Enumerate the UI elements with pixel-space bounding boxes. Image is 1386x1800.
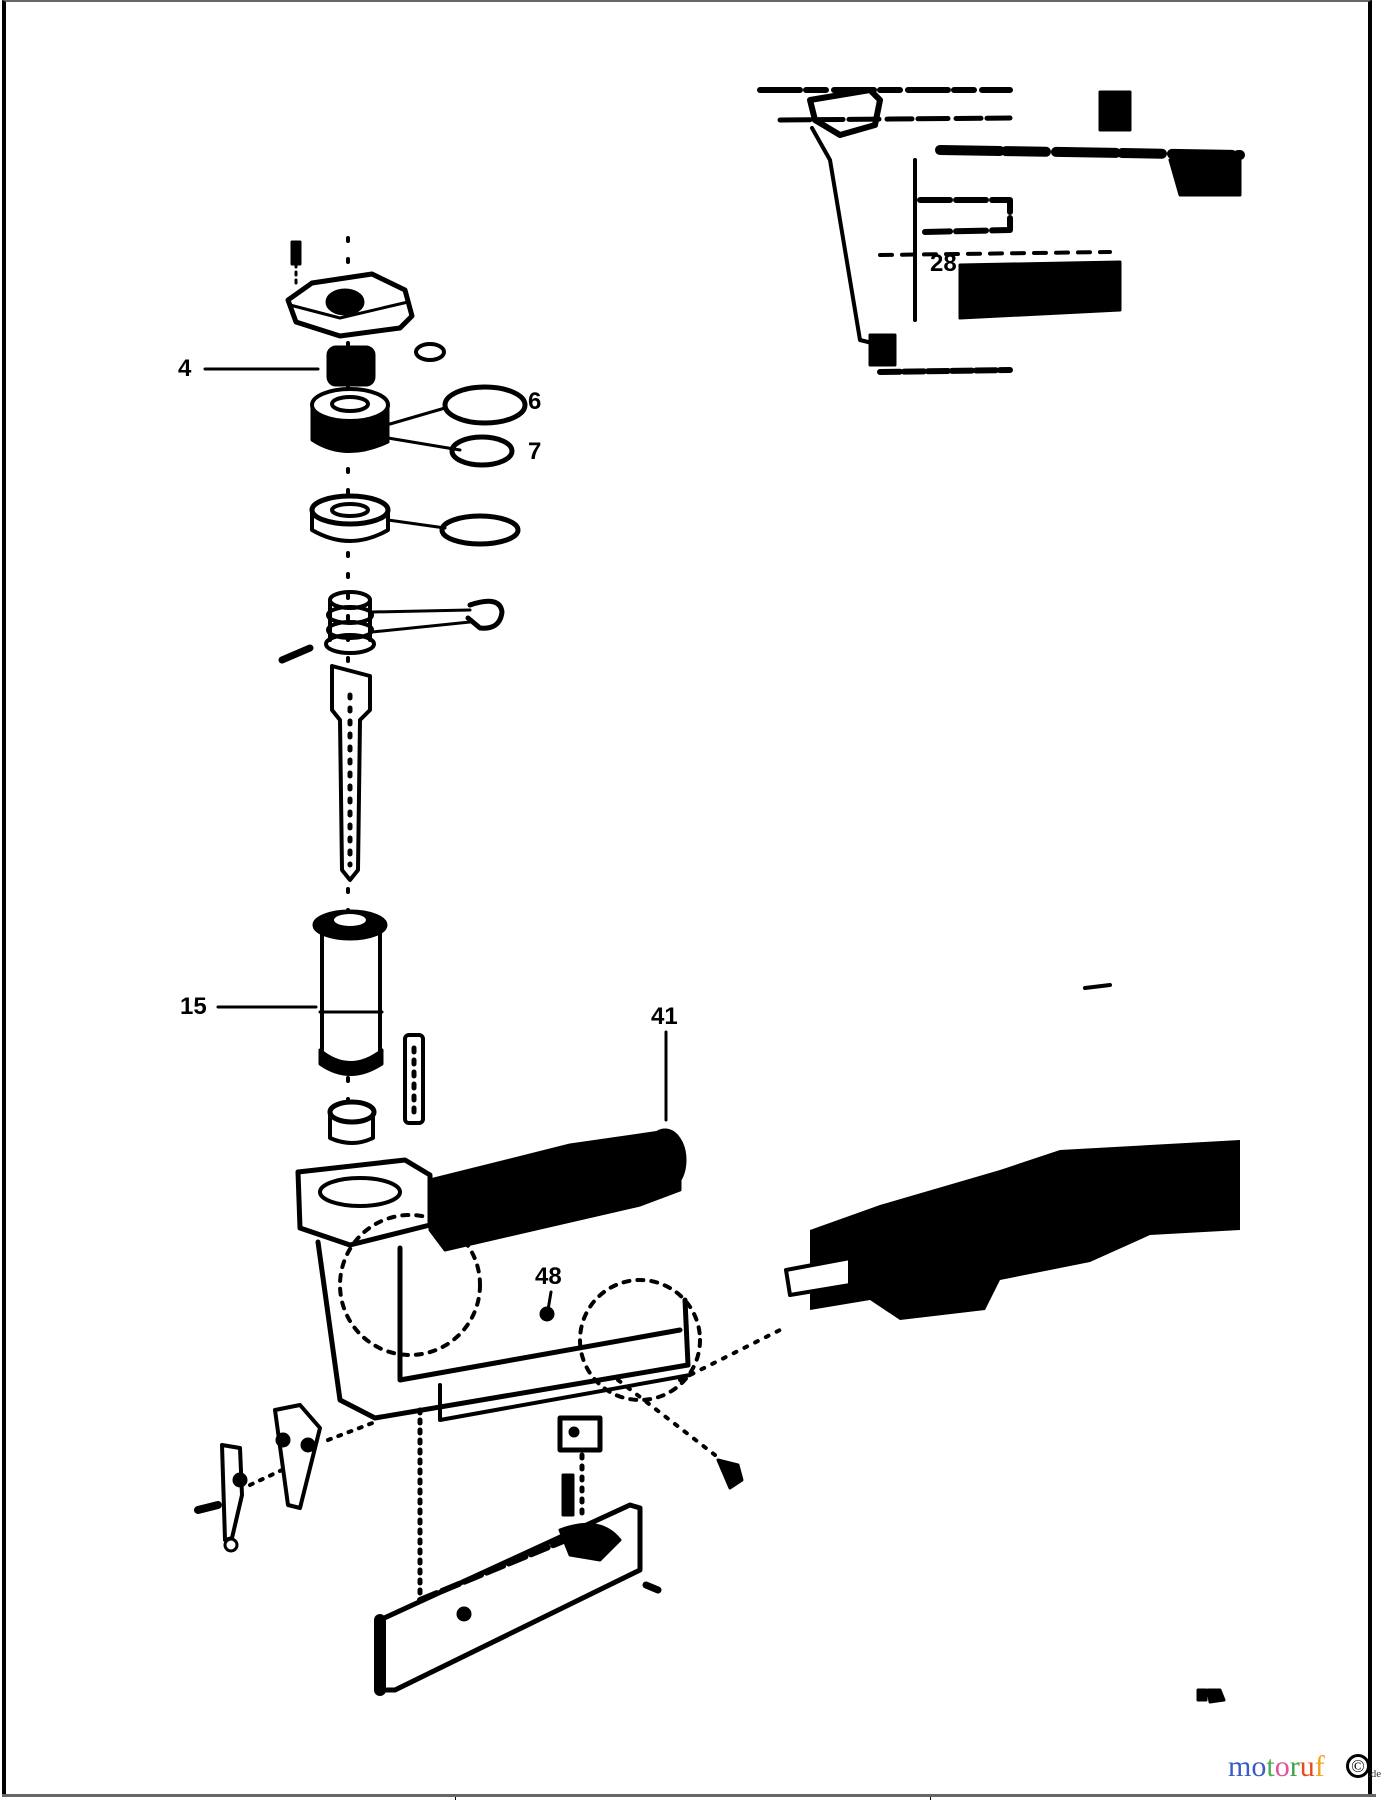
callout-6: 6 [528, 390, 541, 414]
callout-41: 41 [651, 1005, 678, 1029]
watermark-letter: r [1290, 1752, 1300, 1782]
bumper-part [328, 347, 374, 385]
watermark-letter: u [1300, 1752, 1315, 1782]
seal-o-ring [442, 516, 518, 544]
callout-4: 4 [178, 357, 191, 381]
exploded-view-drawing [0, 0, 1386, 1800]
stray-mark [1085, 985, 1110, 988]
guide-pin [405, 1035, 423, 1123]
top-cap [288, 274, 412, 336]
watermark-letter: t [1266, 1752, 1274, 1782]
watermark-tld: .de [1368, 1768, 1381, 1780]
callout-7: 7 [528, 440, 541, 464]
watermark-letter: o [1275, 1752, 1290, 1782]
watermark-letter: m [1228, 1752, 1251, 1782]
cylinder-guide [330, 1102, 374, 1143]
corner-mark [1198, 1690, 1206, 1700]
corner-mark [1208, 1690, 1224, 1702]
callout-28: 28 [930, 252, 957, 276]
latch-block [560, 1418, 600, 1450]
air-inlet-handle [430, 1130, 685, 1250]
small-o-ring [416, 344, 444, 360]
piston-head [312, 389, 388, 452]
retaining-clip [468, 601, 502, 628]
cylinder [314, 911, 386, 1075]
callout-48: 48 [535, 1265, 562, 1289]
watermark-letter: f [1315, 1752, 1325, 1782]
safety-lever [198, 1445, 246, 1551]
callout-15: 15 [180, 995, 207, 1019]
top-cap-screw [292, 242, 300, 286]
warning-label-inset [760, 90, 1240, 372]
driver-blade [332, 666, 370, 880]
trigger [618, 1380, 742, 1488]
watermark-letter: o [1251, 1752, 1266, 1782]
pin [282, 648, 310, 660]
diagram-page: 4 6 7 15 28 41 48 motoruf © .de [0, 0, 1386, 1800]
watermark-logo: motoruf [1228, 1752, 1325, 1782]
latch-pin [563, 1475, 573, 1515]
o-ring-6 [445, 387, 525, 423]
seal-ring [312, 496, 388, 541]
instruction-label [810, 1140, 1240, 1320]
nose-plate [275, 1405, 320, 1508]
copyright-icon: © [1346, 1754, 1370, 1778]
valve-stack [326, 592, 374, 653]
